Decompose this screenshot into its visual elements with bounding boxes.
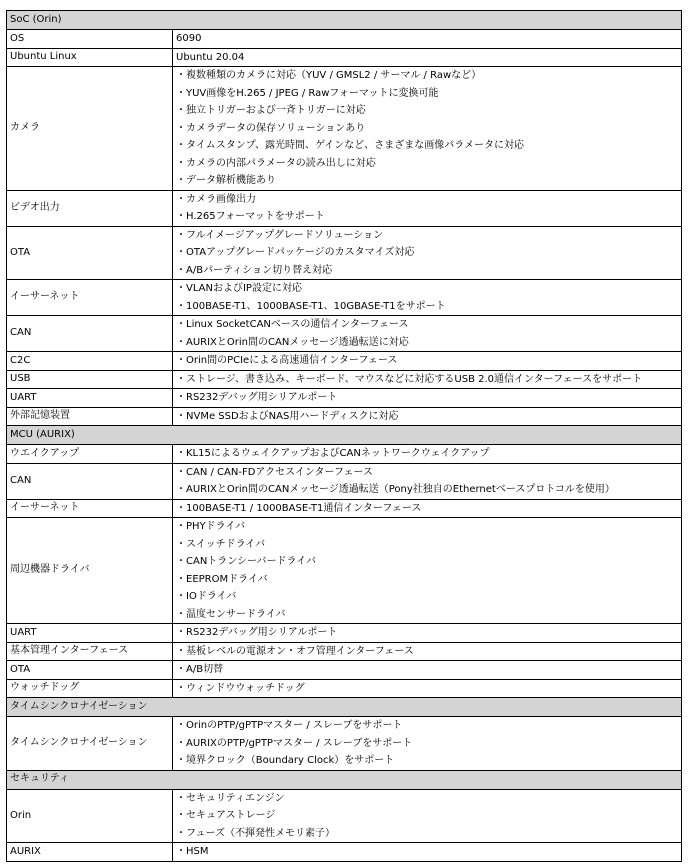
spec-value-line: ・独立トリガーおよび一斉トリガーに対応: [176, 102, 678, 120]
section-header-row: SoC (Orin): [7, 11, 682, 30]
spec-label: Ubuntu Linux: [7, 48, 173, 67]
spec-value-line: ・OTAアップグレードパッケージのカスタマイズ対応: [176, 244, 678, 262]
spec-row: カメラ ・複数種類のカメラに対応（YUV / GMSL2 / サーマル / Ra…: [7, 67, 682, 191]
spec-values: ・VLANおよびIP設定に対応・100BASE-T1、1000BASE-T1、1…: [173, 280, 682, 316]
section-header-row: MCU (AURIX): [7, 426, 682, 445]
spec-value-line: ・AURIXのPTP/gPTPマスター / スレーブをサポート: [176, 735, 678, 753]
section-header-row: タイムシンクロナイゼーション: [7, 698, 682, 717]
spec-row: UART ・RS232デバッグ用シリアルポート: [7, 624, 682, 643]
spec-row: Orin ・セキュリティエンジン・セキュアストレージ・フューズ（不揮発性メモリ素…: [7, 789, 682, 843]
spec-row: C2C ・Orin間のPCIeによる高速通信インターフェース: [7, 352, 682, 371]
spec-values: ・HSM: [173, 843, 682, 862]
spec-label: 周辺機器ドライバ: [7, 518, 173, 624]
spec-label: 外部記憶装置: [7, 407, 173, 426]
spec-label: ウォッチドッグ: [7, 679, 173, 698]
spec-value-line: ・タイムスタンプ、露光時間、ゲインなど、さまざまな画像パラメータに対応: [176, 137, 678, 155]
spec-values: ・フルイメージアップグレードソリューション・OTAアップグレードパッケージのカス…: [173, 226, 682, 280]
spec-values: ・カメラ画像出力・H.265フォーマットをサポート: [173, 190, 682, 226]
spec-value-line: ・ストレージ、書き込み、キーボード、マウスなどに対応するUSB 2.0通信インタ…: [176, 371, 678, 389]
spec-values: ・Orin間のPCIeによる高速通信インターフェース: [173, 352, 682, 371]
spec-row: AURIX ・HSM: [7, 843, 682, 862]
spec-label: UART: [7, 389, 173, 408]
spec-row: UART ・RS232デバッグ用シリアルポート: [7, 389, 682, 408]
spec-label: タイムシンクロナイゼーション: [7, 717, 173, 771]
spec-value-line: ・AURIXとOrin間のCANメッセージ透過転送（Pony社独自のEthern…: [176, 481, 678, 499]
spec-value-line: ・RS232デバッグ用シリアルポート: [176, 624, 678, 642]
section-title: SoC (Orin): [7, 11, 682, 30]
spec-value-line: ・基板レベルの電源オン・オフ管理インターフェース: [176, 643, 678, 661]
spec-value-line: ・カメラ画像出力: [176, 191, 678, 209]
spec-value-line: ・セキュアストレージ: [176, 807, 678, 825]
spec-value-line: Ubuntu 20.04: [176, 49, 678, 67]
spec-value-line: ・A/Bパーティション切り替え対応: [176, 262, 678, 280]
spec-values: ・複数種類のカメラに対応（YUV / GMSL2 / サーマル / Rawなど）…: [173, 67, 682, 191]
spec-row: CAN ・CAN / CAN-FDアクセスインターフェース・AURIXとOrin…: [7, 463, 682, 499]
spec-row: イーサーネット ・VLANおよびIP設定に対応・100BASE-T1、1000B…: [7, 280, 682, 316]
spec-row: USB ・ストレージ、書き込み、キーボード、マウスなどに対応するUSB 2.0通…: [7, 370, 682, 389]
spec-values: ・セキュリティエンジン・セキュアストレージ・フューズ（不揮発性メモリ素子）: [173, 789, 682, 843]
section-title: セキュリティ: [7, 770, 682, 789]
spec-values: 6090: [173, 30, 682, 49]
spec-value-line: ・H.265フォーマットをサポート: [176, 208, 678, 226]
spec-value-line: ・VLANおよびIP設定に対応: [176, 280, 678, 298]
spec-value-line: ・IOドライバ: [176, 588, 678, 606]
spec-value-line: ・OrinのPTP/gPTPマスター / スレーブをサポート: [176, 717, 678, 735]
spec-label: CAN: [7, 463, 173, 499]
spec-label: ウエイクアップ: [7, 445, 173, 464]
spec-value-line: ・フューズ（不揮発性メモリ素子）: [176, 825, 678, 843]
spec-value-line: ・温度センサードライバ: [176, 606, 678, 624]
spec-value-line: ・CAN / CAN-FDアクセスインターフェース: [176, 464, 678, 482]
spec-values: ・Linux SocketCANベースの通信インターフェース・AURIXとOri…: [173, 316, 682, 352]
spec-label: イーサーネット: [7, 280, 173, 316]
spec-value-line: ・EEPROMドライバ: [176, 571, 678, 589]
spec-row: 基本管理インターフェース ・基板レベルの電源オン・オフ管理インターフェース: [7, 642, 682, 661]
spec-value-line: ・Linux SocketCANベースの通信インターフェース: [176, 316, 678, 334]
section-title: MCU (AURIX): [7, 426, 682, 445]
spec-value-line: ・セキュリティエンジン: [176, 790, 678, 808]
spec-label: カメラ: [7, 67, 173, 191]
spec-value-line: ・境界クロック（Boundary Clock）をサポート: [176, 752, 678, 770]
spec-values: ・ウィンドウウォッチドッグ: [173, 679, 682, 698]
spec-label: AURIX: [7, 843, 173, 862]
spec-values: ・OrinのPTP/gPTPマスター / スレーブをサポート・AURIXのPTP…: [173, 717, 682, 771]
spec-label: Orin: [7, 789, 173, 843]
spec-value-line: ・KL15によるウェイクアップおよびCANネットワークウェイクアップ: [176, 445, 678, 463]
spec-label: OTA: [7, 226, 173, 280]
spec-row: 外部記憶装置 ・NVMe SSDおよびNAS用ハードディスクに対応: [7, 407, 682, 426]
spec-value-line: ・フルイメージアップグレードソリューション: [176, 227, 678, 245]
section-header-row: セキュリティ: [7, 770, 682, 789]
spec-row: イーサーネット ・100BASE-T1 / 1000BASE-T1通信インターフ…: [7, 499, 682, 518]
spec-values: ・KL15によるウェイクアップおよびCANネットワークウェイクアップ: [173, 445, 682, 464]
spec-value-line: ・カメラデータの保存ソリューションあり: [176, 120, 678, 138]
section-title: タイムシンクロナイゼーション: [7, 698, 682, 717]
spec-row: Ubuntu Linux Ubuntu 20.04: [7, 48, 682, 67]
spec-values: ・ストレージ、書き込み、キーボード、マウスなどに対応するUSB 2.0通信インタ…: [173, 370, 682, 389]
spec-values: ・100BASE-T1 / 1000BASE-T1通信インターフェース: [173, 499, 682, 518]
spec-value-line: ・YUV画像をH.265 / JPEG / Rawフォーマットに変換可能: [176, 85, 678, 103]
spec-value-line: ・100BASE-T1 / 1000BASE-T1通信インターフェース: [176, 500, 678, 518]
spec-value-line: ・スイッチドライバ: [176, 536, 678, 554]
spec-value-line: ・NVMe SSDおよびNAS用ハードディスクに対応: [176, 408, 678, 426]
spec-value-line: ・100BASE-T1、1000BASE-T1、10GBASE-T1をサポート: [176, 298, 678, 316]
spec-values: ・NVMe SSDおよびNAS用ハードディスクに対応: [173, 407, 682, 426]
spec-row: CAN ・Linux SocketCANベースの通信インターフェース・AURIX…: [7, 316, 682, 352]
spec-label: USB: [7, 370, 173, 389]
spec-row: タイムシンクロナイゼーション ・OrinのPTP/gPTPマスター / スレーブ…: [7, 717, 682, 771]
spec-value-line: ・カメラの内部パラメータの読み出しに対応: [176, 155, 678, 173]
spec-table: SoC (Orin) OS 6090 Ubuntu Linux Ubuntu 2…: [6, 10, 682, 862]
spec-values: ・RS232デバッグ用シリアルポート: [173, 389, 682, 408]
spec-values: ・CAN / CAN-FDアクセスインターフェース・AURIXとOrin間のCA…: [173, 463, 682, 499]
spec-values: ・基板レベルの電源オン・オフ管理インターフェース: [173, 642, 682, 661]
spec-label: CAN: [7, 316, 173, 352]
spec-row: ウォッチドッグ ・ウィンドウウォッチドッグ: [7, 679, 682, 698]
spec-row: OTA ・A/B切替: [7, 661, 682, 680]
spec-row: ウエイクアップ ・KL15によるウェイクアップおよびCANネットワークウェイクア…: [7, 445, 682, 464]
spec-value-line: ・A/B切替: [176, 661, 678, 679]
spec-label: ビデオ出力: [7, 190, 173, 226]
spec-row: OTA ・フルイメージアップグレードソリューション・OTAアップグレードパッケー…: [7, 226, 682, 280]
spec-label: OS: [7, 30, 173, 49]
spec-label: C2C: [7, 352, 173, 371]
spec-values: Ubuntu 20.04: [173, 48, 682, 67]
spec-value-line: ・PHYドライバ: [176, 518, 678, 536]
spec-value-line: ・Orin間のPCIeによる高速通信インターフェース: [176, 352, 678, 370]
spec-value-line: ・データ解析機能あり: [176, 172, 678, 190]
spec-value-line: ・AURIXとOrin間のCANメッセージ透過転送に対応: [176, 334, 678, 352]
spec-label: イーサーネット: [7, 499, 173, 518]
spec-values: ・A/B切替: [173, 661, 682, 680]
spec-row: OS 6090: [7, 30, 682, 49]
spec-row: 周辺機器ドライバ ・PHYドライバ・スイッチドライバ・CANトランシーバードライ…: [7, 518, 682, 624]
spec-label: OTA: [7, 661, 173, 680]
spec-value-line: ・RS232デバッグ用シリアルポート: [176, 389, 678, 407]
spec-value-line: ・複数種類のカメラに対応（YUV / GMSL2 / サーマル / Rawなど）: [176, 67, 678, 85]
spec-value-line: 6090: [176, 30, 678, 48]
spec-values: ・PHYドライバ・スイッチドライバ・CANトランシーバードライバ・EEPROMド…: [173, 518, 682, 624]
spec-value-line: ・HSM: [176, 843, 678, 861]
spec-label: 基本管理インターフェース: [7, 642, 173, 661]
spec-table-body: SoC (Orin) OS 6090 Ubuntu Linux Ubuntu 2…: [7, 11, 682, 862]
spec-value-line: ・ウィンドウウォッチドッグ: [176, 680, 678, 698]
spec-label: UART: [7, 624, 173, 643]
spec-value-line: ・CANトランシーバードライバ: [176, 553, 678, 571]
spec-row: ビデオ出力 ・カメラ画像出力・H.265フォーマットをサポート: [7, 190, 682, 226]
spec-values: ・RS232デバッグ用シリアルポート: [173, 624, 682, 643]
